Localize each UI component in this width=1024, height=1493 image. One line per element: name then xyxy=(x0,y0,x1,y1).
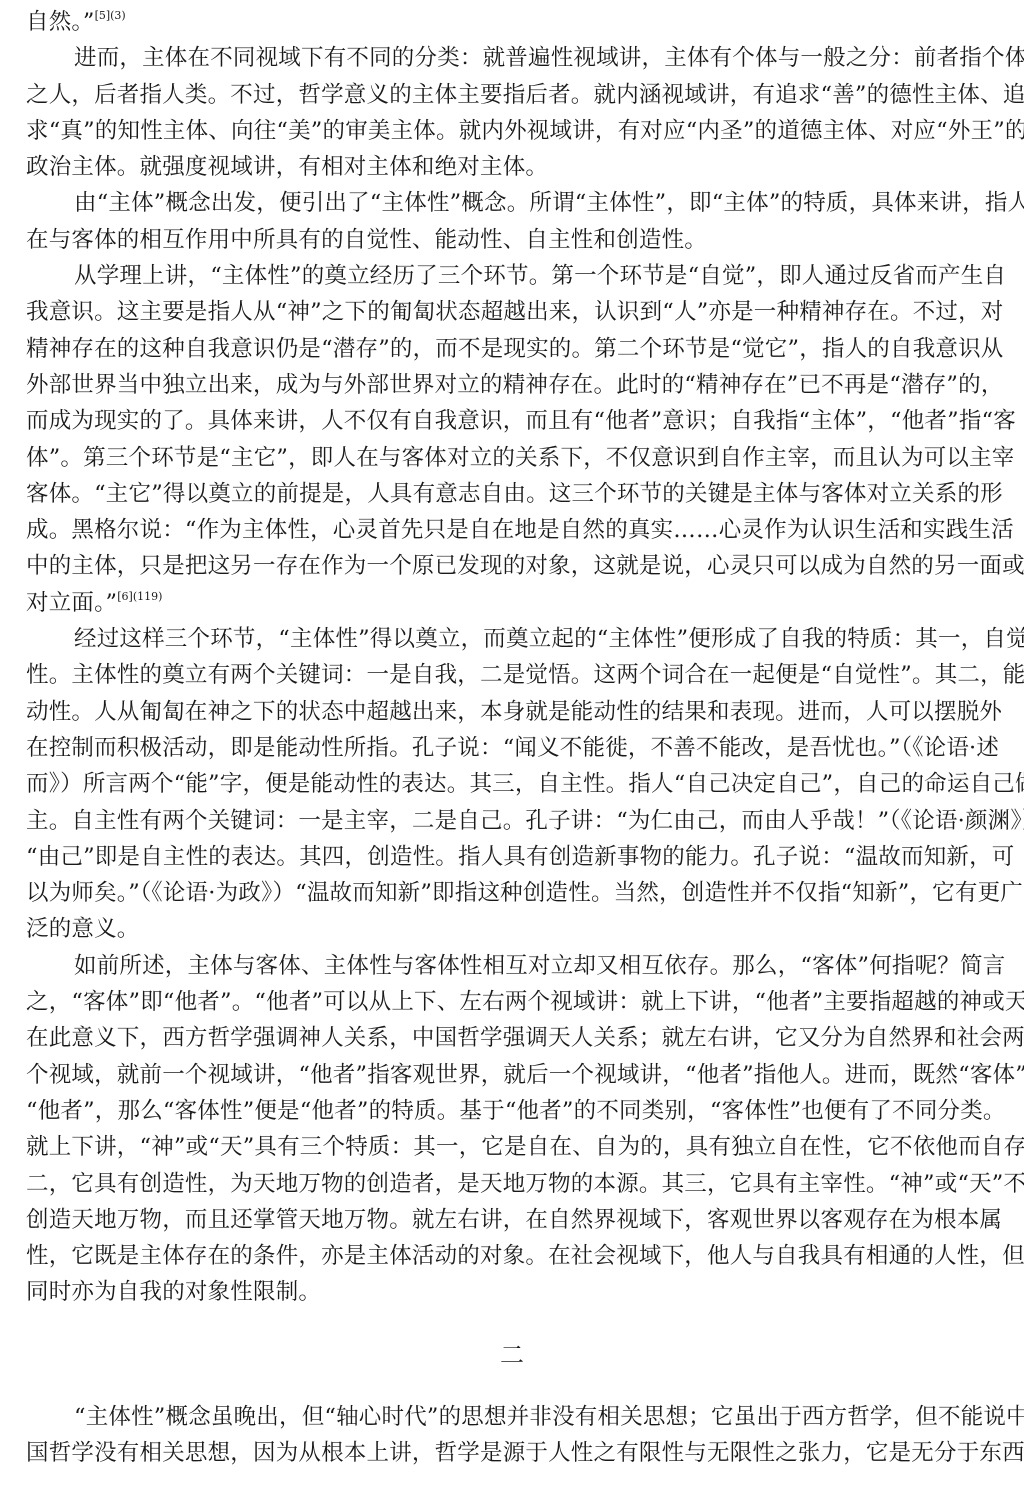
text-line-content: 就上下讲，“神”或“天”具有三个特质：其一，它是自在、自为的，具有独立自在性，它… xyxy=(26,1134,1024,1160)
text-line: 政治主体。就强度视域讲，有相对主体和绝对主体。 xyxy=(26,149,998,185)
text-line: 体”。第三个环节是“主它”，即人在与客体对立的关系下，不仅意识到自作主宰，而且认… xyxy=(26,440,998,476)
text-line-content: 经过这样三个环节，“主体性”得以奠立，而奠立起的“主体性”便形成了自我的特质：其… xyxy=(74,626,1024,652)
text-line-content: 如前所述，主体与客体、主体性与客体性相互对立却又相互依存。那么，“客体”何指呢？… xyxy=(74,953,1005,979)
text-line: 同时亦为自我的对象性限制。 xyxy=(26,1274,998,1310)
text-line: 进而，主体在不同视域下有不同的分类：就普遍性视域讲，主体有个体与一般之分：前者指… xyxy=(26,40,998,76)
citation-reference: [6](119) xyxy=(117,590,162,603)
text-line: “主体性”概念虽晚出，但“轴心时代”的思想并非没有相关思想；它虽出于西方哲学，但… xyxy=(26,1399,998,1435)
text-line: 就上下讲，“神”或“天”具有三个特质：其一，它是自在、自为的，具有独立自在性，它… xyxy=(26,1129,998,1165)
text-line-content: 客体。“主它”得以奠立的前提是，人具有意志自由。这三个环节的关键是主体与客体对立… xyxy=(26,481,1003,507)
text-line: 个视域，就前一个视域讲，“他者”指客观世界，就后一个视域讲，“他者”指他人。进而… xyxy=(26,1057,998,1093)
text-line: 从学理上讲，“主体性”的奠立经历了三个环节。第一个环节是“自觉”，即人通过反省而… xyxy=(26,258,998,294)
text-line-content: 主。自主性有两个关键词：一是主宰，二是自己。孔子讲：“为仁由己，而由人乎哉！”（… xyxy=(26,808,1024,834)
text-line: 在与客体的相互作用中所具有的自觉性、能动性、自主性和创造性。 xyxy=(26,222,998,258)
text-line-content: “由己”即是自主性的表达。其四，创造性。指人具有创造新事物的能力。孔子说：“温故… xyxy=(26,844,1015,870)
text-line-content: 在控制而积极活动，即是能动性所指。孔子说：“闻义不能徙，不善不能改，是吾忧也。”… xyxy=(26,735,999,761)
text-line: 性。主体性的奠立有两个关键词：一是自我，二是觉悟。这两个词合在一起便是“自觉性”… xyxy=(26,657,998,693)
text-line: 求“真”的知性主体、向往“美”的审美主体。就内外视域讲，有对应“内圣”的道德主体… xyxy=(26,113,998,149)
text-line-content: 对立面。” xyxy=(26,590,117,616)
text-line: 如前所述，主体与客体、主体性与客体性相互对立却又相互依存。那么，“客体”何指呢？… xyxy=(26,948,998,984)
text-line-content: 之人，后者指人类。不过，哲学意义的主体主要指后者。就内涵视域讲，有追求“善”的德… xyxy=(26,82,1024,108)
text-line-content: 在与客体的相互作用中所具有的自觉性、能动性、自主性和创造性。 xyxy=(26,227,707,253)
text-line-content: 精神存在的这种自我意识仍是“潜存”的，而不是现实的。第二个环节是“觉它”，指人的… xyxy=(26,336,1004,362)
body-text: 自然。”[5](3)进而，主体在不同视域下有不同的分类：就普遍性视域讲，主体有个… xyxy=(26,4,998,1311)
text-line: 泛的意义。 xyxy=(26,911,998,947)
text-line: 性，它既是主体存在的条件，亦是主体活动的对象。在社会视域下，他人与自我具有相通的… xyxy=(26,1238,998,1274)
text-line-content: 从学理上讲，“主体性”的奠立经历了三个环节。第一个环节是“自觉”，即人通过反省而… xyxy=(74,263,1006,289)
text-line-content: 性，它既是主体存在的条件，亦是主体活动的对象。在社会视域下，他人与自我具有相通的… xyxy=(26,1243,1024,1269)
text-line-content: “主体性”概念虽晚出，但“轴心时代”的思想并非没有相关思想；它虽出于西方哲学，但… xyxy=(74,1404,1024,1430)
text-line-content: 成。黑格尔说：“作为主体性，心灵首先只是自在地是自然的真实……心灵作为认识生活和… xyxy=(26,517,1014,543)
text-line-content: 我意识。这主要是指人从“神”之下的匍匐状态超越出来，认识到“人”亦是一种精神存在… xyxy=(26,299,1004,325)
text-line: 之人，后者指人类。不过，哲学意义的主体主要指后者。就内涵视域讲，有追求“善”的德… xyxy=(26,77,998,113)
text-line: 外部世界当中独立出来，成为与外部世界对立的精神存在。此时的“精神存在”已不再是“… xyxy=(26,367,998,403)
text-line-content: 自然。” xyxy=(26,9,95,35)
text-line: 自然。”[5](3) xyxy=(26,4,998,40)
text-line: 对立面。”[6](119) xyxy=(26,585,998,621)
text-line: 之，“客体”即“他者”。“他者”可以从上下、左右两个视域讲：就上下讲，“他者”主… xyxy=(26,984,998,1020)
text-line-content: 体”。第三个环节是“主它”，即人在与客体对立的关系下，不仅意识到自作主宰，而且认… xyxy=(26,445,1015,471)
text-line-content: 由“主体”概念出发，便引出了“主体性”概念。所谓“主体性”，即“主体”的特质，具… xyxy=(74,190,1024,216)
text-line-content: 之，“客体”即“他者”。“他者”可以从上下、左右两个视域讲：就上下讲，“他者”主… xyxy=(26,989,1024,1015)
text-line-content: 政治主体。就强度视域讲，有相对主体和绝对主体。 xyxy=(26,154,548,180)
text-line-content: 中的主体，只是把这另一存在作为一个原已发现的对象，这就是说，心灵只可以成为自然的… xyxy=(26,553,1024,579)
text-line: 经过这样三个环节，“主体性”得以奠立，而奠立起的“主体性”便形成了自我的特质：其… xyxy=(26,621,998,657)
text-line-content: 创造天地万物，而且还掌管天地万物。就左右讲，在自然界视域下，客观世界以客观存在为… xyxy=(26,1207,1002,1233)
section-heading: 二 xyxy=(26,1311,998,1399)
text-line-content: 以为师矣。”（《论语·为政》）“温故而知新”即指这种创造性。当然，创造性并不仅指… xyxy=(26,880,1023,906)
text-line-content: 进而，主体在不同视域下有不同的分类：就普遍性视域讲，主体有个体与一般之分：前者指… xyxy=(74,45,1024,71)
citation-reference: [5](3) xyxy=(95,9,126,22)
text-line: 二，它具有创造性，为天地万物的创造者，是天地万物的本源。其三，它具有主宰性。“神… xyxy=(26,1166,998,1202)
text-line: 中的主体，只是把这另一存在作为一个原已发现的对象，这就是说，心灵只可以成为自然的… xyxy=(26,548,998,584)
text-line: 我意识。这主要是指人从“神”之下的匍匐状态超越出来，认识到“人”亦是一种精神存在… xyxy=(26,294,998,330)
document-page: 自然。”[5](3)进而，主体在不同视域下有不同的分类：就普遍性视域讲，主体有个… xyxy=(26,4,998,1471)
text-line: “由己”即是自主性的表达。其四，创造性。指人具有创造新事物的能力。孔子说：“温故… xyxy=(26,839,998,875)
text-line-content: 而成为现实的了。具体来讲，人不仅有自我意识，而且有“他者”意识；自我指“主体”，… xyxy=(26,408,1016,434)
text-line: 成。黑格尔说：“作为主体性，心灵首先只是自在地是自然的真实……心灵作为认识生活和… xyxy=(26,512,998,548)
text-line-content: 而》）所言两个“能”字，便是能动性的表达。其三，自主性。指人“自己决定自己”，自… xyxy=(26,771,1024,797)
text-line-content: 同时亦为自我的对象性限制。 xyxy=(26,1279,321,1305)
text-line-content: 性。主体性的奠立有两个关键词：一是自我，二是觉悟。这两个词合在一起便是“自觉性”… xyxy=(26,662,1024,688)
text-line: 而成为现实的了。具体来讲，人不仅有自我意识，而且有“他者”意识；自我指“主体”，… xyxy=(26,403,998,439)
text-line-content: 在此意义下，西方哲学强调神人关系，中国哲学强调天人关系；就左右讲，它又分为自然界… xyxy=(26,1025,1024,1051)
section-body-text: “主体性”概念虽晚出，但“轴心时代”的思想并非没有相关思想；它虽出于西方哲学，但… xyxy=(26,1399,998,1472)
text-line-content: 外部世界当中独立出来，成为与外部世界对立的精神存在。此时的“精神存在”已不再是“… xyxy=(26,372,1004,398)
text-line-content: 二，它具有创造性，为天地万物的创造者，是天地万物的本源。其三，它具有主宰性。“神… xyxy=(26,1171,1024,1197)
text-line: 在此意义下，西方哲学强调神人关系，中国哲学强调天人关系；就左右讲，它又分为自然界… xyxy=(26,1020,998,1056)
text-line-content: 国哲学没有相关思想，因为从根本上讲，哲学是源于人性之有限性与无限性之张力，它是无… xyxy=(26,1440,1024,1466)
text-line: “他者”，那么“客体性”便是“他者”的特质。基于“他者”的不同类别，“客体性”也… xyxy=(26,1093,998,1129)
text-line-content: 个视域，就前一个视域讲，“他者”指客观世界，就后一个视域讲，“他者”指他人。进而… xyxy=(26,1062,1024,1088)
text-line: 创造天地万物，而且还掌管天地万物。就左右讲，在自然界视域下，客观世界以客观存在为… xyxy=(26,1202,998,1238)
text-line: 在控制而积极活动，即是能动性所指。孔子说：“闻义不能徙，不善不能改，是吾忧也。”… xyxy=(26,730,998,766)
text-line-content: 泛的意义。 xyxy=(26,916,140,942)
text-line: 而》）所言两个“能”字，便是能动性的表达。其三，自主性。指人“自己决定自己”，自… xyxy=(26,766,998,802)
text-line-content: 动性。人从匍匐在神之下的状态中超越出来，本身就是能动性的结果和表现。进而，人可以… xyxy=(26,699,1002,725)
text-line-content: “他者”，那么“客体性”便是“他者”的特质。基于“他者”的不同类别，“客体性”也… xyxy=(26,1098,1006,1124)
text-line: 由“主体”概念出发，便引出了“主体性”概念。所谓“主体性”，即“主体”的特质，具… xyxy=(26,185,998,221)
text-line: 精神存在的这种自我意识仍是“潜存”的，而不是现实的。第二个环节是“觉它”，指人的… xyxy=(26,331,998,367)
text-line: 以为师矣。”（《论语·为政》）“温故而知新”即指这种创造性。当然，创造性并不仅指… xyxy=(26,875,998,911)
text-line: 国哲学没有相关思想，因为从根本上讲，哲学是源于人性之有限性与无限性之张力，它是无… xyxy=(26,1435,998,1471)
text-line-content: 求“真”的知性主体、向往“美”的审美主体。就内外视域讲，有对应“内圣”的道德主体… xyxy=(26,118,1024,144)
text-line: 动性。人从匍匐在神之下的状态中超越出来，本身就是能动性的结果和表现。进而，人可以… xyxy=(26,694,998,730)
text-line: 主。自主性有两个关键词：一是主宰，二是自己。孔子讲：“为仁由己，而由人乎哉！”（… xyxy=(26,803,998,839)
text-line: 客体。“主它”得以奠立的前提是，人具有意志自由。这三个环节的关键是主体与客体对立… xyxy=(26,476,998,512)
